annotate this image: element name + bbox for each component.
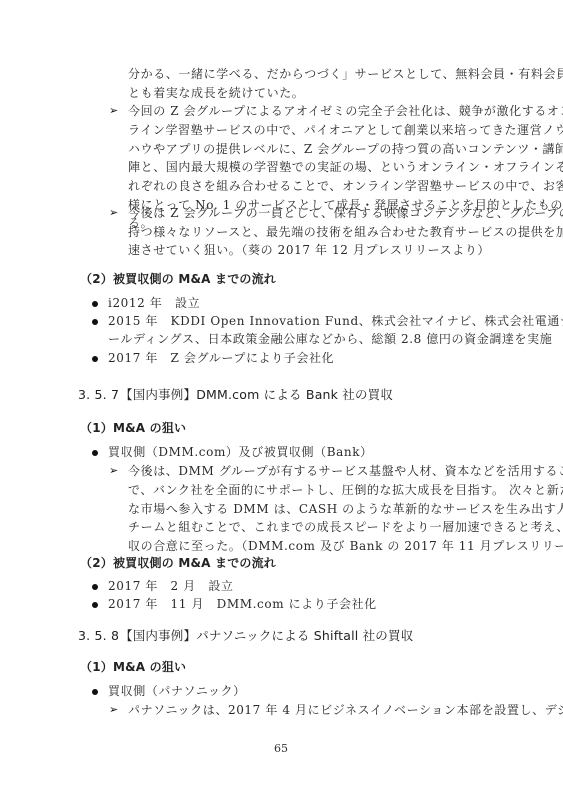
arrow-item-line: 収の合意に至った。（DMM.com 及び Bank の 2017 年 11 月プ… bbox=[128, 538, 484, 554]
dot-bullet-icon bbox=[92, 450, 98, 456]
subsection-heading: （2）被買収側の M&A までの流れ bbox=[80, 555, 276, 571]
bullet-item: 買収側（DMM.com）及び被買収側（Bank） bbox=[108, 444, 373, 460]
section-title: 【国内事例】パナソニックによる Shiftall 社の買収 bbox=[120, 628, 413, 644]
dot-bullet-icon bbox=[92, 319, 98, 325]
paragraph-line: 分かる、一緒に学べる、だからつづく」サービスとして、無料会員・有料会員 bbox=[128, 66, 484, 82]
arrow-item-line: ハウやアプリの提供レベルに、Z 会グループの持つ質の高いコンテンツ・講師 bbox=[128, 141, 484, 157]
flow-item: 2017 年 2 月 設立 bbox=[108, 578, 234, 594]
dot-bullet-icon bbox=[92, 602, 98, 608]
arrow-bullet-icon: ➢ bbox=[109, 103, 118, 119]
flow-item: 2017 年 Z 会グループにより子会社化 bbox=[108, 350, 334, 366]
arrow-item-line: 今回の Z 会グループによるアオイゼミの完全子会社化は、競争が激化するオン bbox=[128, 103, 484, 119]
arrow-item-line: ライン学習塾サービスの中で、パイオニアとして創業以来培ってきた運営ノウ bbox=[128, 122, 484, 138]
bullet-item: 買収側（パナソニック） bbox=[108, 683, 246, 699]
dot-bullet-icon bbox=[92, 301, 98, 307]
document-page: 分かる、一緒に学べる、だからつづく」サービスとして、無料会員・有料会員 とも着実… bbox=[0, 0, 563, 800]
dot-bullet-icon bbox=[92, 689, 98, 695]
flow-item: ールディングス、日本政策金融公庫などから、総額 2.8 億円の資金調達を実施 bbox=[108, 331, 552, 347]
arrow-bullet-icon: ➢ bbox=[109, 702, 118, 718]
arrow-item-line: 今後は Z 会グループの一員として、保有する映像コンテンツなど、グループの bbox=[128, 205, 484, 221]
section-title: 【国内事例】DMM.com による Bank 社の買収 bbox=[120, 387, 393, 403]
section-number: 3. 5. 7 bbox=[78, 387, 119, 403]
arrow-item-line: 持つ様々なリソースと、最先端の技術を組み合わせた教育サービスの提供を加 bbox=[128, 224, 484, 240]
arrow-item-line: 陣と、国内最大規模の学習塾での実証の場、というオンライン・オフラインそ bbox=[128, 159, 484, 175]
subsection-heading: （1）M&A の狙い bbox=[80, 659, 186, 675]
arrow-bullet-icon: ➢ bbox=[109, 205, 118, 221]
subsection-heading: （1）M&A の狙い bbox=[80, 420, 186, 436]
arrow-item-line: で、バンク社を全面的にサポートし、圧倒的な拡大成長を目指す。 次々と新た bbox=[128, 482, 484, 498]
arrow-item-line: チームと組むことで、これまでの成長スピードをより一層加速できると考え、買 bbox=[128, 519, 484, 535]
flow-item: 2015 年 KDDI Open Innovation Fund、株式会社マイナ… bbox=[108, 313, 484, 329]
flow-item: i2012 年 設立 bbox=[108, 295, 200, 311]
page-number: 65 bbox=[274, 742, 288, 755]
dot-bullet-icon bbox=[92, 356, 98, 362]
arrow-item-line: パナソニックは、2017 年 4 月にビジネスイノベーション本部を設置し、デジタ bbox=[128, 702, 484, 718]
arrow-bullet-icon: ➢ bbox=[109, 463, 118, 479]
dot-bullet-icon bbox=[92, 584, 98, 590]
arrow-item-line: 速させていく狙い。（葵の 2017 年 12 月プレスリリースより） bbox=[128, 242, 490, 258]
flow-item: 2017 年 11 月 DMM.com により子会社化 bbox=[108, 596, 377, 612]
paragraph-line: とも着実な成長を続けていた。 bbox=[128, 85, 304, 101]
arrow-item-line: 今後は、DMM グループが有するサービス基盤や人材、資本などを活用すること bbox=[128, 463, 484, 479]
arrow-item-line: れぞれの良さを組み合わせることで、オンライン学習塾サービスの中で、お客 bbox=[128, 178, 484, 194]
section-number: 3. 5. 8 bbox=[78, 628, 119, 644]
arrow-item-line: な市場へ参入する DMM は、CASH のような革新的なサービスを生み出す人材や bbox=[128, 501, 484, 517]
subsection-heading: （2）被買収側の M&A までの流れ bbox=[80, 271, 276, 287]
